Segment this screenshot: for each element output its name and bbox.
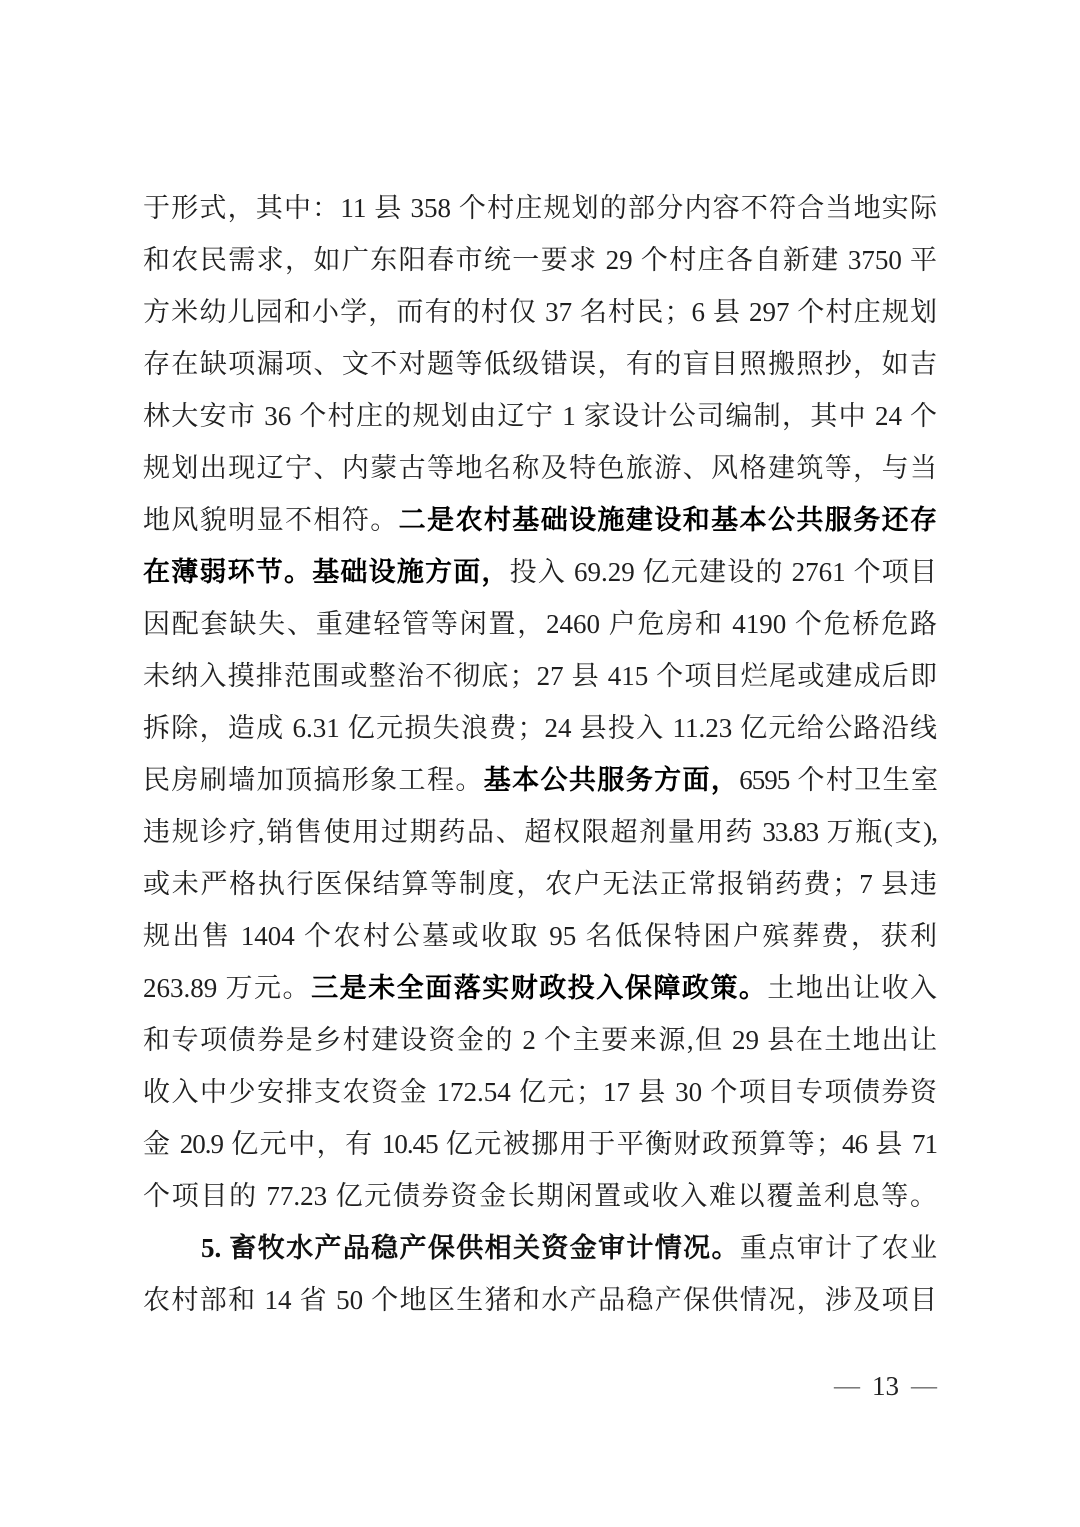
text-line: 金 20.9 亿元中，有 10.45 亿元被挪用于平衡财政预算等；46 县 71 <box>143 1118 937 1170</box>
document-body: 于形式，其中：11 县 358 个村庄规划的部分内容不符合当地实际 和农民需求，… <box>143 182 937 1326</box>
text-run: 民房刷墙加顶搞形象工程。 <box>143 765 484 795</box>
text-line: 或未严格执行医保结算等制度，农户无法正常报销药费；7 县违 <box>143 858 937 910</box>
document-page: 于形式，其中：11 县 358 个村庄规划的部分内容不符合当地实际 和农民需求，… <box>0 0 1080 1527</box>
page-number-dash-left-icon: — <box>834 1370 860 1402</box>
text-line: 因配套缺失、重建轻管等闲置，2460 户危房和 4190 个危桥危路 <box>143 598 937 650</box>
page-number-dash-right-icon: — <box>911 1370 937 1402</box>
text-run: 或未严格执行医保结算等制度，农户无法正常报销药费；7 县违 <box>143 869 937 899</box>
text-run: 投入 69.29 亿元建设的 2761 个项目 <box>510 557 937 587</box>
text-line: 于形式，其中：11 县 358 个村庄规划的部分内容不符合当地实际 <box>143 182 937 234</box>
text-run: 因配套缺失、重建轻管等闲置，2460 户危房和 4190 个危桥危路 <box>143 609 937 639</box>
text-run: 和专项债券是乡村建设资金的 2 个主要来源,但 29 县在土地出让 <box>143 1025 937 1055</box>
text-run: 林大安市 36 个村庄的规划由辽宁 1 家设计公司编制，其中 24 个 <box>143 401 937 431</box>
text-line: 民房刷墙加顶搞形象工程。基本公共服务方面，6595 个村卫生室 <box>143 754 937 806</box>
text-run: 个项目的 77.23 亿元债券资金长期闲置或收入难以覆盖利息等。 <box>143 1181 937 1211</box>
text-run: 存在缺项漏项、文不对题等低级错误，有的盲目照搬照抄，如吉 <box>143 349 937 379</box>
page-number-value: 13 <box>872 1370 899 1402</box>
list-number-run: 5. <box>201 1233 229 1263</box>
text-run: 拆除，造成 6.31 亿元损失浪费；24 县投入 11.23 亿元给公路沿线 <box>143 713 937 743</box>
text-line: 拆除，造成 6.31 亿元损失浪费；24 县投入 11.23 亿元给公路沿线 <box>143 702 937 754</box>
text-run: 重点审计了农业 <box>740 1233 937 1263</box>
bold-heading-run: 三是未全面落实财政投入保障政策。 <box>311 973 767 1003</box>
text-line: 存在缺项漏项、文不对题等低级错误，有的盲目照搬照抄，如吉 <box>143 338 937 390</box>
text-run: 农村部和 14 省 50 个地区生猪和水产品稳产保供情况，涉及项目 <box>143 1285 937 1315</box>
text-line: 规划出现辽宁、内蒙古等地名称及特色旅游、风格建筑等，与当 <box>143 442 937 494</box>
bold-heading-run: 基本公共服务方面， <box>484 765 740 795</box>
text-run: 违规诊疗,销售使用过期药品、超权限超剂量用药 33.83 万瓶(支), <box>143 817 937 847</box>
text-run: 未纳入摸排范围或整治不彻底；27 县 415 个项目烂尾或建成后即 <box>143 661 937 691</box>
text-line: 未纳入摸排范围或整治不彻底；27 县 415 个项目烂尾或建成后即 <box>143 650 937 702</box>
text-line: 个项目的 77.23 亿元债券资金长期闲置或收入难以覆盖利息等。 <box>143 1170 937 1222</box>
text-run: 收入中少安排支农资金 172.54 亿元；17 县 30 个项目专项债券资 <box>143 1077 937 1107</box>
text-run: 方米幼儿园和小学，而有的村仅 37 名村民；6 县 297 个村庄规划 <box>143 297 937 327</box>
text-run: 规划出现辽宁、内蒙古等地名称及特色旅游、风格建筑等，与当 <box>143 453 937 483</box>
text-line: 林大安市 36 个村庄的规划由辽宁 1 家设计公司编制，其中 24 个 <box>143 390 937 442</box>
bold-heading-run: 畜牧水产品稳产保供相关资金审计情况。 <box>229 1233 739 1263</box>
text-line: 违规诊疗,销售使用过期药品、超权限超剂量用药 33.83 万瓶(支), <box>143 806 937 858</box>
bold-heading-run: 在薄弱环节。基础设施方面， <box>143 557 510 587</box>
text-run: 规出售 1404 个农村公墓或收取 95 名低保特困户殡葬费，获利 <box>143 921 937 951</box>
text-run: 金 20.9 亿元中，有 10.45 亿元被挪用于平衡财政预算等；46 县 71 <box>143 1129 937 1159</box>
bold-heading-run: 二是农村基础设施建设和基本公共服务还存 <box>399 505 937 535</box>
page-number: — 13 — <box>834 1370 937 1402</box>
text-run: 和农民需求，如广东阳春市统一要求 29 个村庄各自新建 3750 平 <box>143 245 937 275</box>
text-run: 土地出让收入 <box>767 973 937 1003</box>
text-line: 收入中少安排支农资金 172.54 亿元；17 县 30 个项目专项债券资 <box>143 1066 937 1118</box>
text-line: 农村部和 14 省 50 个地区生猪和水产品稳产保供情况，涉及项目 <box>143 1274 937 1326</box>
text-run: 于形式，其中：11 县 358 个村庄规划的部分内容不符合当地实际 <box>143 193 937 223</box>
text-run: 263.89 万元。 <box>143 973 311 1003</box>
text-line: 和农民需求，如广东阳春市统一要求 29 个村庄各自新建 3750 平 <box>143 234 937 286</box>
text-line: 规出售 1404 个农村公墓或收取 95 名低保特困户殡葬费，获利 <box>143 910 937 962</box>
text-line: 在薄弱环节。基础设施方面，投入 69.29 亿元建设的 2761 个项目 <box>143 546 937 598</box>
text-line: 263.89 万元。三是未全面落实财政投入保障政策。土地出让收入 <box>143 962 937 1014</box>
text-line: 方米幼儿园和小学，而有的村仅 37 名村民；6 县 297 个村庄规划 <box>143 286 937 338</box>
text-line: 和专项债券是乡村建设资金的 2 个主要来源,但 29 县在土地出让 <box>143 1014 937 1066</box>
text-run: 6595 个村卫生室 <box>739 765 937 795</box>
text-line: 地风貌明显不相符。二是农村基础设施建设和基本公共服务还存 <box>143 494 937 546</box>
text-run: 地风貌明显不相符。 <box>143 505 399 535</box>
text-line: 5. 畜牧水产品稳产保供相关资金审计情况。重点审计了农业 <box>143 1222 937 1274</box>
